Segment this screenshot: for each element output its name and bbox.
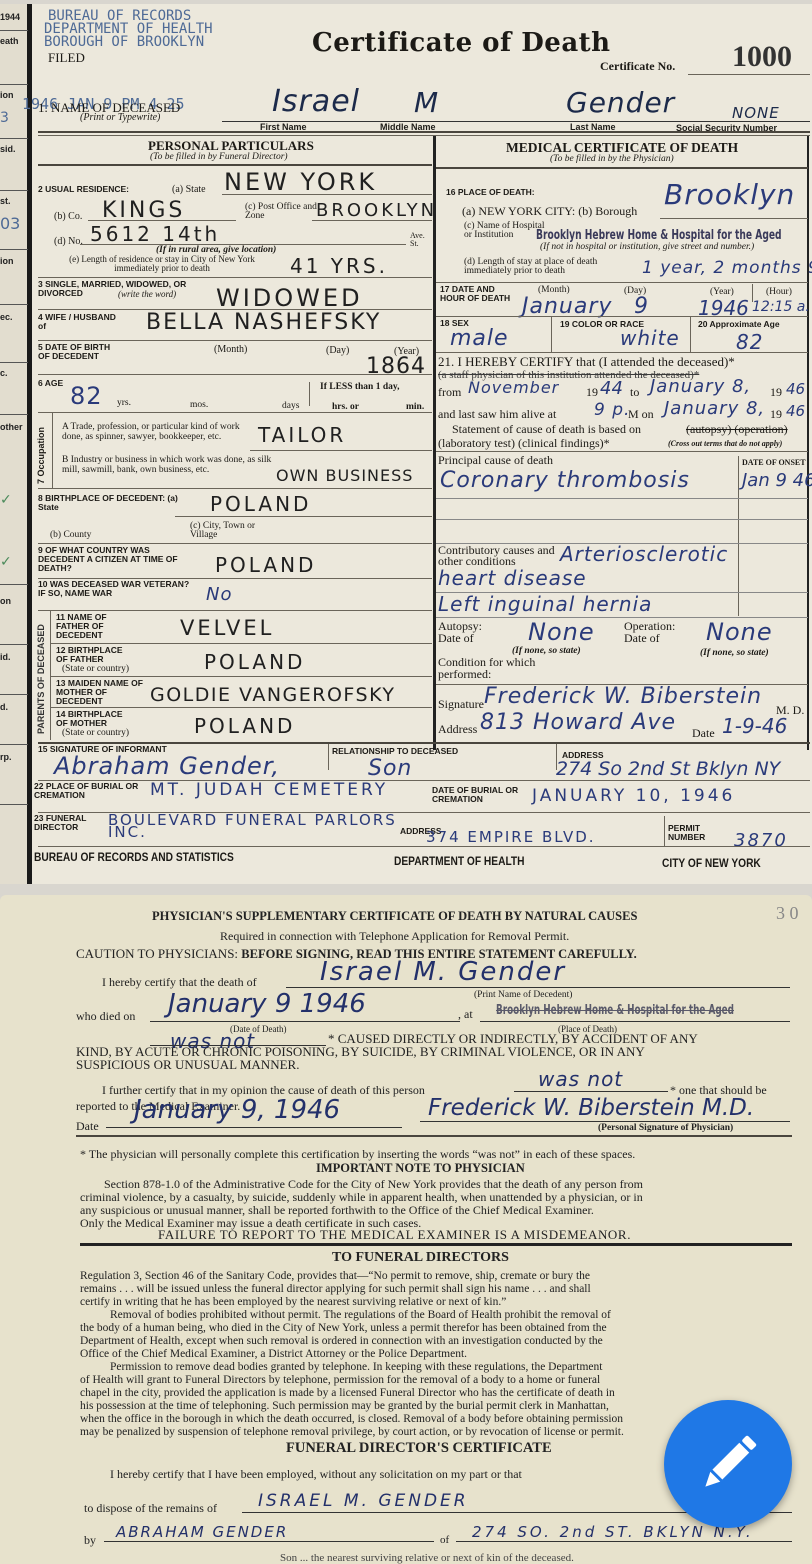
- less-than-one-day-label: If LESS than 1 day,: [320, 382, 399, 392]
- stub-label: on: [0, 596, 11, 606]
- attended-to-date: January 8,: [650, 376, 751, 397]
- birthplace-label: 8 BIRTHPLACE OF DECEDENT: (a) State: [38, 494, 198, 512]
- date-of-onset-label: DATE OF ONSET: [742, 458, 806, 467]
- from-label: from: [438, 385, 461, 400]
- county-label: (b) Co.: [54, 211, 82, 222]
- next-of-kin-line: Son ... the nearest surviving relative o…: [280, 1551, 574, 1564]
- footer-bureau: BUREAU OF RECORDS AND STATISTICS: [34, 850, 234, 864]
- note-line: Section 878-1.0 of the Administrative Co…: [104, 1177, 643, 1191]
- to-year-prefix: 19: [770, 385, 782, 400]
- length-of-residence-value: 41 YRS.: [290, 254, 388, 278]
- note-line: criminal violence, by a casualty, by sui…: [80, 1190, 643, 1204]
- day-label: (Day): [326, 345, 349, 356]
- medical-certificate-subheading: (To be filled in by the Physician): [550, 154, 674, 164]
- stub-check-mark: ✓: [0, 554, 12, 570]
- borough-value: Brooklyn: [664, 178, 795, 211]
- post-office-value: BROOKLYN: [316, 200, 437, 221]
- birthplace-county-label: (b) County: [50, 530, 91, 540]
- stub-label: sid.: [0, 144, 16, 154]
- supplementary-title: PHYSICIAN'S SUPPLEMENTARY CERTIFICATE OF…: [152, 909, 637, 923]
- date-of-burial-label: DATE OF BURIAL OR CREMATION: [432, 786, 532, 804]
- was-not-value-2: was not: [538, 1067, 623, 1091]
- street-number-value: 5612 14th: [90, 222, 220, 246]
- funeral-director-label: 23 FUNERAL DIRECTOR: [34, 814, 104, 832]
- state-or-country-note: (State or country): [62, 664, 129, 674]
- days-label: days: [282, 401, 299, 411]
- length-of-stay-value: 1 year, 2 months 9 days: [642, 258, 812, 278]
- supplementary-date-value: January 9, 1946: [134, 1095, 340, 1125]
- father-birthplace-label: 12 BIRTHPLACE OF FATHER: [56, 646, 136, 664]
- trade-value: TAILOR: [258, 423, 346, 447]
- funeral-regulation-line: Permission to remove dead bodies granted…: [110, 1360, 602, 1374]
- mos-label: mos.: [190, 400, 208, 410]
- ssn-value: NONE: [732, 104, 780, 122]
- trade-label: A Trade, profession, or particular kind …: [62, 423, 242, 442]
- post-office-label: (c) Post Office and Zone: [245, 203, 325, 221]
- race-value: white: [620, 326, 680, 350]
- funeral-regulation-line: chapel in the city, provided the applica…: [80, 1386, 615, 1400]
- industry-value: OWN BUSINESS: [276, 466, 413, 485]
- war-veteran-value: No: [206, 584, 232, 605]
- supplementary-physician-signature: Frederick W. Biberstein M.D.: [428, 1095, 754, 1121]
- yrs-label: yrs.: [117, 398, 131, 408]
- by-value: ABRAHAM GENDER: [116, 1523, 288, 1541]
- ave-st-label: Ave. St.: [410, 232, 432, 248]
- personal-particulars-subheading: (To be filled in by Funeral Director): [150, 152, 288, 162]
- decedent-name-note: (Print Name of Decedent): [474, 988, 572, 1002]
- length-of-residence-label: (e) Length of residence or stay in City …: [62, 255, 262, 273]
- birthplace-value: POLAND: [210, 492, 311, 516]
- contributory-cause-1: Arteriosclerotic: [560, 542, 728, 566]
- father-name-value: VELVEL: [180, 616, 274, 640]
- contributory-causes-label: Contributory causes and other conditions: [438, 545, 568, 567]
- funeral-regulation-line: the body of a human being, who died in t…: [80, 1321, 607, 1335]
- remains-of-value: ISRAEL M. GENDER: [258, 1491, 469, 1511]
- sex-value: male: [450, 326, 509, 351]
- informant-address-value: 274 So 2nd St Bklyn NY: [556, 758, 780, 780]
- condition-label: Condition for which performed:: [438, 656, 548, 680]
- industry-label: B Industry or business in which work was…: [62, 456, 282, 475]
- mother-birthplace-label: 14 BIRTHPLACE OF MOTHER: [56, 710, 136, 728]
- mother-name-label: 13 MAIDEN NAME OF MOTHER OF DECEDENT: [56, 679, 146, 706]
- place-of-burial-label: 22 PLACE OF BURIAL OR CREMATION: [34, 782, 144, 800]
- contributory-cause-2: heart disease: [438, 566, 587, 590]
- attended-to-year: 46: [786, 380, 805, 398]
- stub-label: eath: [0, 36, 19, 46]
- supplementary-subtitle: Required in connection with Telephone Ap…: [220, 929, 569, 943]
- date-of-death-label: 17 DATE AND HOUR OF DEATH: [440, 285, 520, 303]
- signature-label: Signature: [438, 697, 484, 712]
- birthplace-city-label: (c) City, Town or Village: [190, 522, 280, 540]
- funeral-regulation-line: of Health will grant to Funeral Director…: [80, 1373, 600, 1387]
- pencil-icon: [664, 1400, 792, 1528]
- died-on-value: January 9 1946: [168, 989, 366, 1019]
- funeral-regulation-line: certify in writing that he has been empl…: [80, 1295, 506, 1309]
- min-label: min.: [406, 402, 424, 412]
- age-value: 82: [70, 382, 103, 410]
- parents-side-label: PARENTS OF DECEASED: [36, 624, 46, 734]
- cross-out-note: (Cross out terms that do not apply): [668, 439, 782, 448]
- physician-address-label: Address: [438, 722, 477, 737]
- signature-note: (Personal Signature of Physician): [598, 1121, 733, 1135]
- death-hour-label: (Hour): [766, 287, 792, 297]
- state-or-country-note: (State or country): [62, 728, 129, 738]
- hospital-stamp-value: Brooklyn Hebrew Home & Hospital for the …: [536, 228, 782, 243]
- to-funeral-directors-heading: TO FUNERAL DIRECTORS: [332, 1251, 509, 1265]
- certificate-stub: 1944 eath ion 3 sid. st. 03 ion ec. c. o…: [0, 4, 32, 884]
- occupation-side-label: 7 Occupation: [36, 427, 46, 484]
- permit-number-value: 3870: [734, 830, 788, 851]
- footer-city: CITY OF NEW YORK: [662, 856, 761, 870]
- father-birthplace-value: POLAND: [204, 650, 305, 674]
- print-or-typewrite-note: (Print or Typewrite): [80, 112, 160, 123]
- operation-none-note: (If none, so state): [700, 648, 769, 658]
- stub-check-mark: ✓: [0, 492, 12, 508]
- last-saw-alive-label: and last saw him alive at: [438, 407, 556, 422]
- state-label: (a) State: [172, 184, 206, 195]
- citizenship-label: 9 OF WHAT COUNTRY WAS DECEDENT A CITIZEN…: [38, 546, 198, 573]
- last-saw-date: January 8,: [664, 398, 765, 419]
- operation-value: None: [706, 618, 773, 646]
- war-veteran-label: 10 WAS DECEASED WAR VETERAN? IF SO, NAME…: [38, 580, 198, 598]
- approximate-age-label: 20 Approximate Age: [698, 319, 780, 329]
- age-label: 6 AGE: [38, 378, 63, 388]
- birth-year-value: 1864: [366, 354, 426, 379]
- relationship-label: RELATIONSHIP TO DECEASED: [332, 746, 458, 756]
- month-label: (Month): [214, 344, 247, 355]
- was-not-footnote: * The physician will personally complete…: [80, 1147, 635, 1161]
- usual-residence-label: 2 USUAL RESIDENCE:: [38, 184, 129, 194]
- contributory-cause-3: Left inguinal hernia: [438, 592, 652, 616]
- of-label: of: [440, 1533, 449, 1547]
- mother-birthplace-value: POLAND: [194, 714, 295, 738]
- m-on-label: M on: [628, 407, 654, 422]
- death-certificate-page: 1944 eath ion 3 sid. st. 03 ion ec. c. o…: [0, 4, 812, 884]
- date-of-onset-value: Jan 9 46: [742, 470, 812, 491]
- stub-label: rp.: [0, 752, 12, 762]
- autopsy-date-label: Autopsy: Date of: [438, 620, 498, 644]
- certificate-number: 1000: [732, 40, 792, 74]
- attended-from-year: 44: [600, 378, 623, 399]
- from-year-prefix: 19: [586, 385, 598, 400]
- autopsy-operation-struck: (autopsy) (operation): [686, 422, 788, 437]
- hrs-label: hrs. or: [332, 402, 359, 412]
- last-saw-year: 46: [786, 402, 805, 420]
- attended-from-month: November: [468, 378, 559, 397]
- street-number-label: (d) No.: [54, 236, 83, 247]
- important-note-heading: IMPORTANT NOTE TO PHYSICIAN: [316, 1161, 525, 1175]
- at-label: , at: [458, 1007, 473, 1021]
- stub-label: other: [0, 422, 23, 432]
- funeral-director-certify-text: I hereby certify that I have been employ…: [110, 1467, 522, 1481]
- funeral-regulation-line: may be penalized by suspension of teleph…: [80, 1425, 624, 1439]
- decedent-name-value: Israel M. Gender: [320, 957, 566, 987]
- funeral-regulation-line: Regulation 3, Section 46 of the Sanitary…: [80, 1269, 590, 1283]
- place-of-death-struck: Brooklyn Hebrew Home & Hospital for the …: [496, 1003, 734, 1018]
- date-of-burial-value: JANUARY 10, 1946: [532, 786, 735, 806]
- stub-label: st.: [0, 196, 11, 206]
- stub-label: ec.: [0, 312, 13, 322]
- spouse-value: BELLA NASHEFSKY: [146, 310, 381, 335]
- edit-fab-button[interactable]: [664, 1400, 792, 1528]
- to-label: to: [630, 385, 639, 400]
- funeral-regulation-line: Removal of bodies prohibited without per…: [110, 1308, 611, 1322]
- physician-address-value: 813 Howard Ave: [480, 710, 676, 735]
- funeral-address-value: 374 EMPIRE BLVD.: [426, 828, 596, 846]
- date-of-birth-label: 5 DATE OF BIRTH OF DECEDENT: [38, 343, 118, 361]
- approximate-age-value: 82: [736, 330, 763, 354]
- funeral-director-value: BOULEVARD FUNERAL PARLORS INC.: [108, 814, 398, 838]
- nyc-borough-label: (a) NEW YORK CITY: (b) Borough: [462, 204, 637, 219]
- filed-label: FILED: [48, 50, 85, 66]
- misdemeanor-warning: FAILURE TO REPORT TO THE MEDICAL EXAMINE…: [158, 1228, 631, 1242]
- funeral-regulation-line: Office of the Chief Medical Examiner, a …: [80, 1347, 467, 1361]
- last-saw-year-prefix: 19: [770, 407, 782, 422]
- mother-name-value: GOLDIE VANGEROFSKY: [150, 684, 395, 706]
- note-line: any suspicious or unusual manner, shall …: [80, 1203, 594, 1217]
- father-name-label: 11 NAME OF FATHER OF DECEDENT: [56, 613, 136, 640]
- death-hour-value: 12:15 a.: [752, 299, 810, 315]
- principal-cause-value: Coronary thrombosis: [440, 468, 690, 493]
- middle-name-value: M: [414, 86, 439, 119]
- funeral-regulation-line: when the office in the borough in which …: [80, 1412, 623, 1426]
- physician-signature: Frederick W. Biberstein: [484, 684, 762, 709]
- relationship-value: Son: [368, 756, 412, 781]
- funeral-regulation-line: his possession at the time of telephonin…: [80, 1399, 609, 1413]
- hospital-note: (If not in hospital or institution, give…: [540, 242, 754, 252]
- supplementary-date-label: Date: [76, 1119, 99, 1133]
- first-name-value: Israel: [272, 84, 360, 119]
- stub-label: ion: [0, 256, 14, 266]
- caused-text-3: SUSPICIOUS OR UNUSUAL MANNER.: [76, 1058, 299, 1072]
- residence-state-value: NEW YORK: [224, 168, 377, 196]
- autopsy-value: None: [528, 618, 595, 646]
- stub-label: d.: [0, 702, 8, 712]
- stub-label: c.: [0, 368, 8, 378]
- certificate-title: Certificate of Death: [312, 28, 611, 58]
- certificate-no-label: Certificate No.: [600, 59, 675, 74]
- last-name-value: Gender: [566, 86, 675, 119]
- funeral-regulation-line: remains . . . will be issued unless the …: [80, 1282, 591, 1296]
- footer-department: DEPARTMENT OF HEALTH: [394, 854, 525, 868]
- remains-of-label: to dispose of the remains of: [84, 1501, 217, 1515]
- stub-handwritten-mark: 3: [0, 110, 9, 126]
- last-saw-time: 9 p.: [594, 400, 630, 420]
- died-on-label: who died on: [76, 1009, 135, 1023]
- statement-basis-label-2: (laboratory test) (clinical findings)*: [438, 436, 610, 451]
- funeral-regulation-line: Department of Health, except when such r…: [80, 1334, 603, 1348]
- filed-stamp: BUREAU OF RECORDS DEPARTMENT OF HEALTH B…: [44, 10, 213, 49]
- stub-handwritten-mark: 03: [0, 214, 20, 233]
- place-of-burial-value: MT. JUDAH CEMETERY: [150, 780, 388, 800]
- certify-death-prefix: I hereby certify that the death of: [102, 975, 257, 989]
- stub-label: 1944: [0, 12, 20, 22]
- corner-mark: 3 0: [776, 903, 799, 924]
- by-label: by: [84, 1533, 96, 1547]
- funeral-director-certificate-heading: FUNERAL DIRECTOR'S CERTIFICATE: [286, 1441, 552, 1455]
- permit-number-label: PERMIT NUMBER: [668, 824, 718, 842]
- place-of-death-label: 16 PLACE OF DEATH:: [446, 187, 535, 197]
- length-of-stay-label: (d) Length of stay at place of death imm…: [464, 258, 634, 276]
- informant-signature: Abraham Gender,: [54, 752, 280, 780]
- write-the-word-note: (write the word): [118, 289, 176, 299]
- citizenship-value: POLAND: [215, 553, 316, 577]
- operation-date-label: Operation: Date of: [624, 620, 694, 644]
- physician-date-label: Date: [692, 726, 715, 741]
- spouse-label: 4 WIFE / HUSBAND of: [38, 313, 118, 331]
- stub-label: id.: [0, 652, 11, 662]
- stub-label: ion: [0, 90, 14, 100]
- certify-attended-text: 21. I HEREBY CERTIFY that (I attended th…: [438, 354, 735, 370]
- physician-date-value: 1-9-46: [722, 714, 787, 738]
- marital-status-value: WIDOWED: [216, 284, 363, 312]
- principal-cause-label: Principal cause of death: [438, 453, 553, 468]
- statement-basis-label: Statement of cause of death is based on: [452, 422, 641, 437]
